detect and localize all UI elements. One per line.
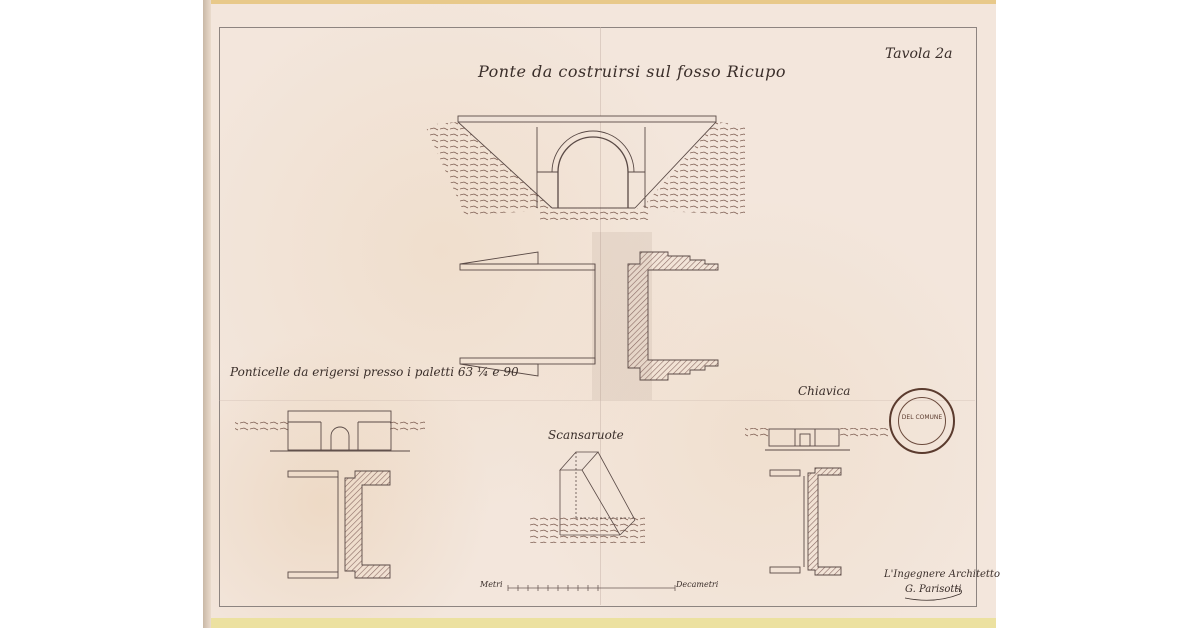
ponticelle-drawing — [235, 411, 425, 578]
scale-left-label: Metri — [480, 580, 503, 589]
official-stamp: DEL COMUNE — [889, 388, 955, 454]
stamp-text: DEL COMUNE — [891, 414, 953, 421]
signature-title: L'Ingegnere Architetto — [884, 569, 1000, 580]
scansaruote-drawing — [530, 452, 645, 543]
chiavica-drawing — [745, 428, 888, 575]
scale-bar — [508, 585, 675, 591]
bridge-elevation — [425, 116, 745, 220]
signature-name: G. Parisotti — [905, 584, 962, 595]
technical-drawing — [0, 0, 1200, 628]
label-scansaruote: Scansaruote — [548, 428, 624, 442]
drawing-title: Ponte da costruirsi sul fosso Ricupo — [478, 62, 786, 81]
label-chiavica: Chiavica — [798, 384, 850, 398]
plate-number: Tavola 2a — [885, 46, 952, 62]
scale-right-label: Decametri — [676, 580, 718, 589]
label-ponticelle: Ponticelle da erigersi presso i paletti … — [230, 365, 519, 379]
